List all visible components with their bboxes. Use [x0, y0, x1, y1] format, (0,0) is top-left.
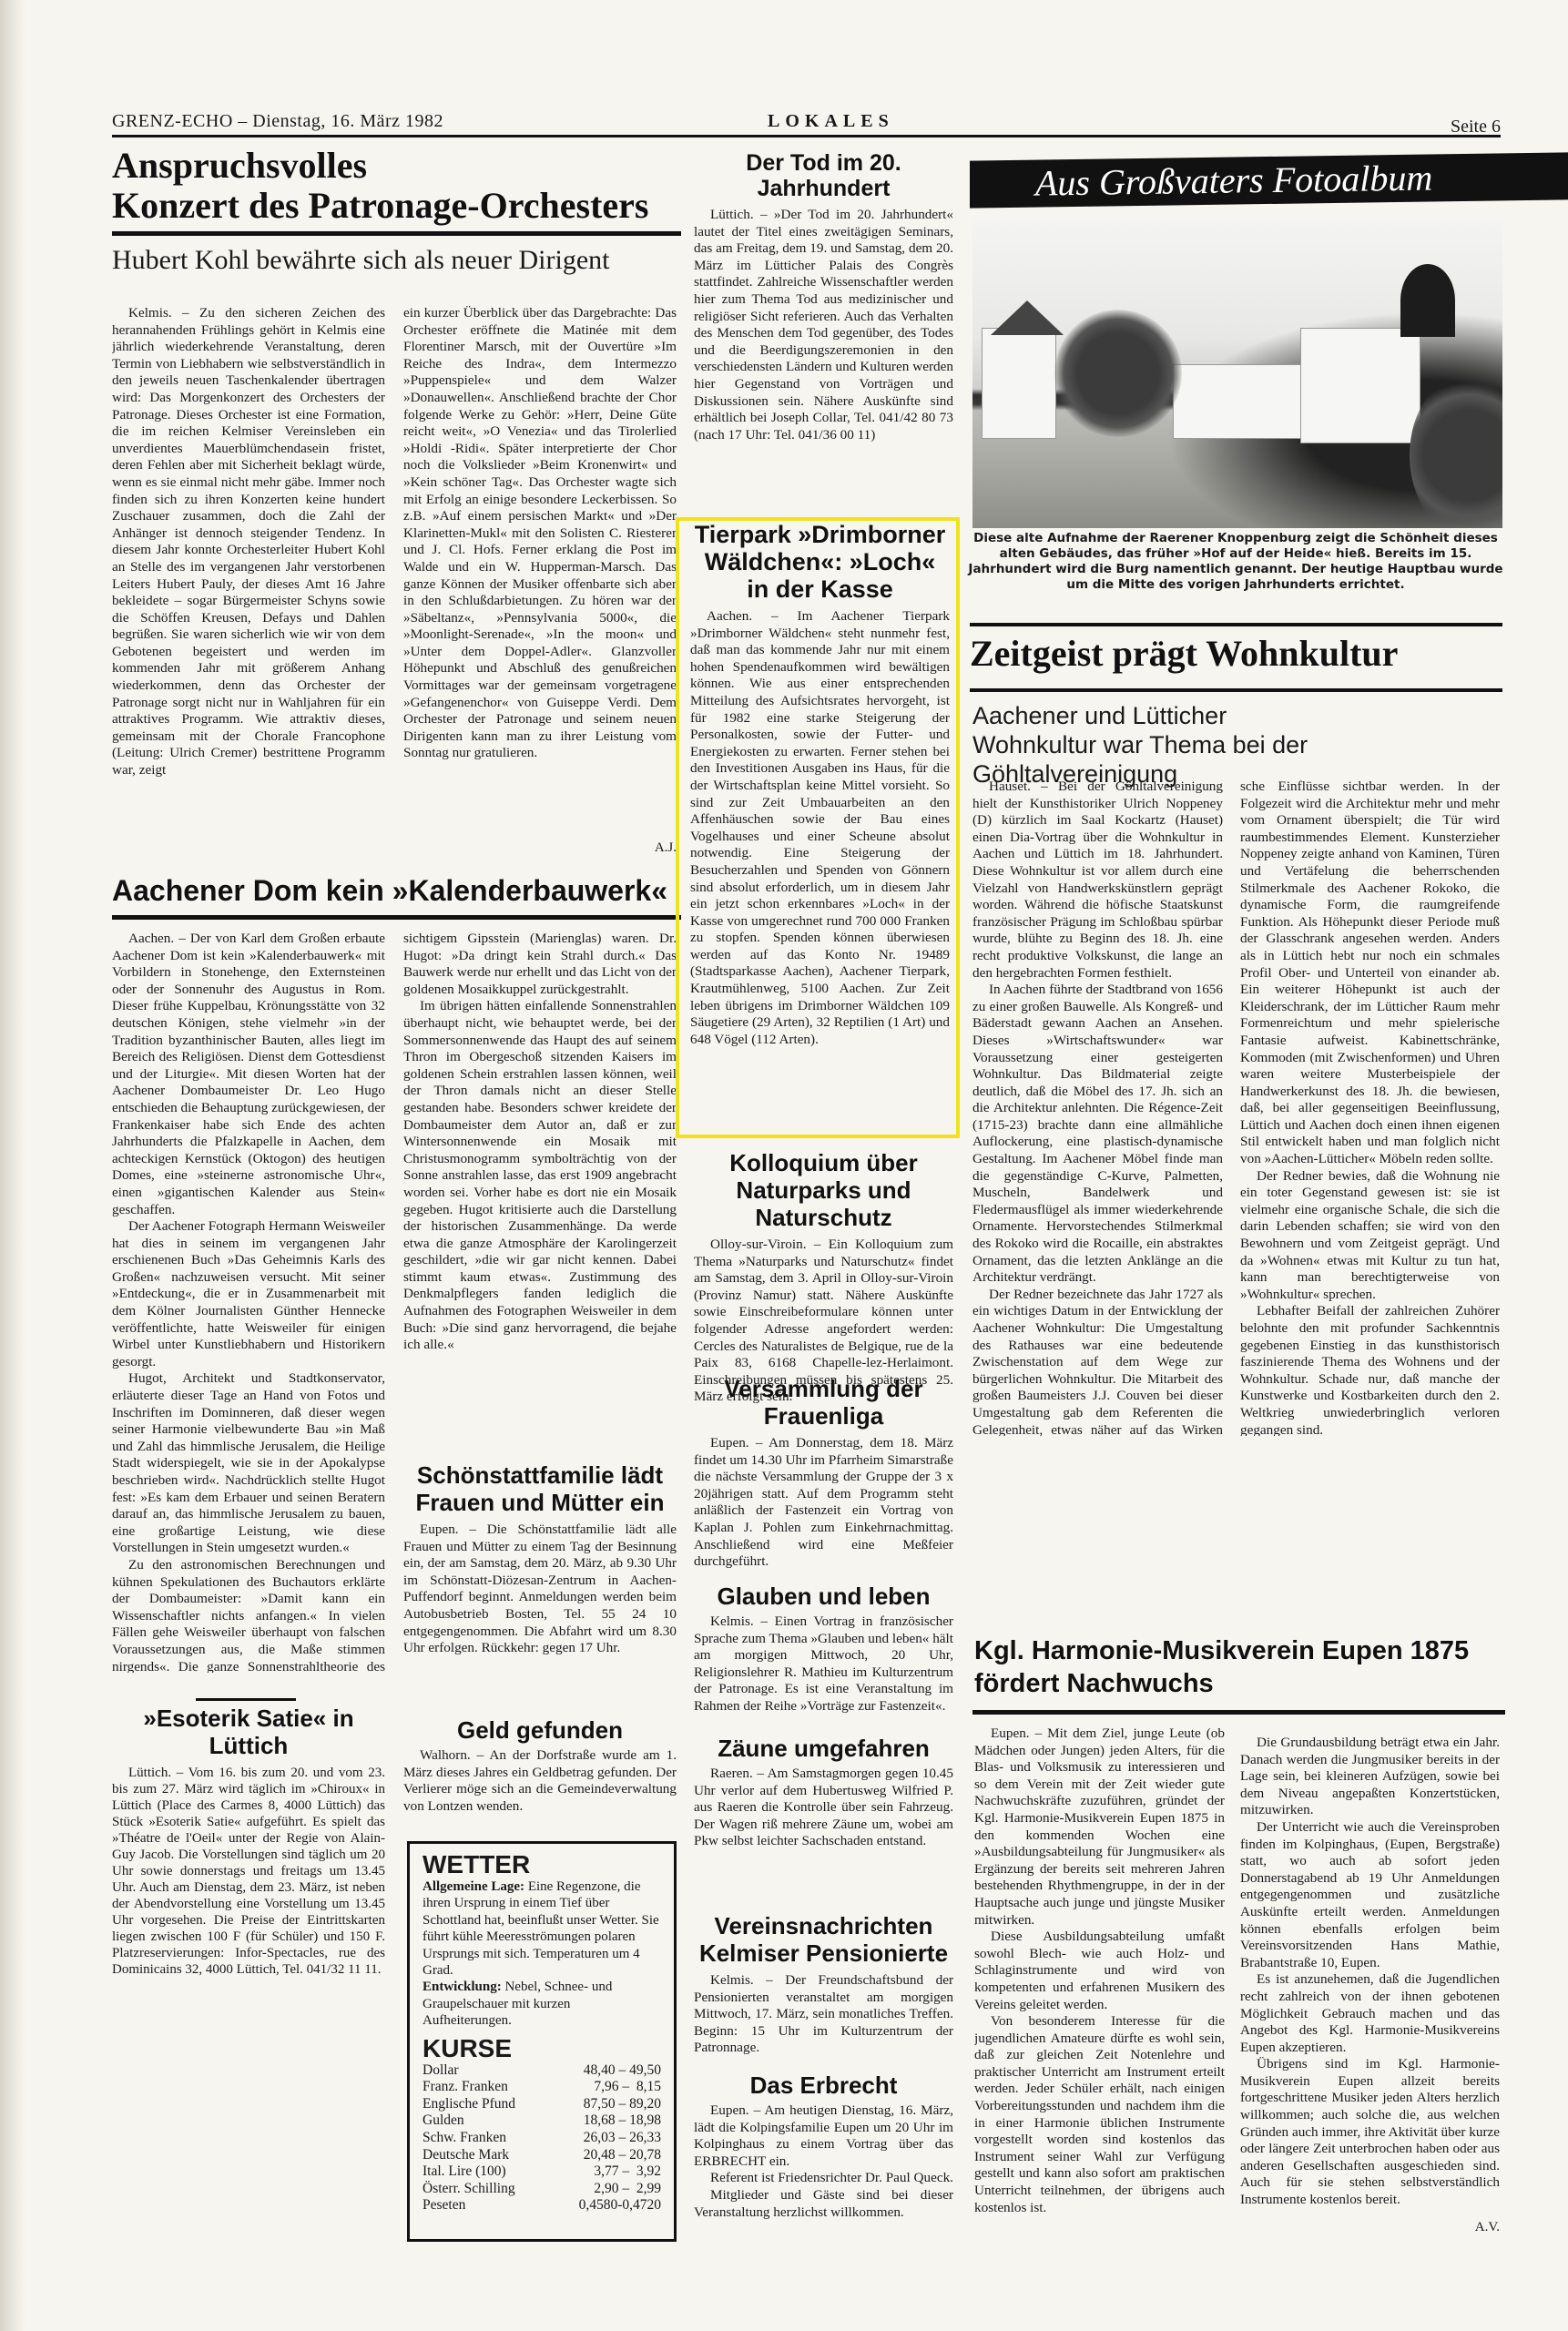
article-kolloquium: Kolloquium über Naturparks und Naturschu…	[694, 1149, 953, 1406]
currency-rate: 48,40 – 49,50	[524, 2062, 661, 2080]
wohnkultur-rule	[970, 688, 1502, 692]
harmonie-rule	[972, 1710, 1505, 1715]
currency-rate: 18,68 – 18,98	[524, 2112, 661, 2130]
exchange-rate-row: Österr. Schilling2,90 – 2,99	[423, 2181, 661, 2198]
exchange-rate-row: Gulden18,68 – 18,98	[423, 2112, 661, 2130]
article-geld: Geld gefunden Walhorn. – An der Dorfstra…	[403, 1716, 677, 1815]
separator	[196, 1698, 296, 1701]
photo-feature-banner: Aus Großvaters Fotoalbum	[970, 152, 1568, 208]
currency-name: Österr. Schilling	[423, 2181, 524, 2198]
weather-rates-box: WETTER Allgemeine Lage: Eine Regenzone, …	[407, 1841, 677, 2242]
exchange-rate-row: Schw. Franken26,03 – 26,33	[423, 2130, 661, 2147]
wohnkultur-top-rule	[970, 623, 1502, 626]
headline-harmonie: Kgl. Harmonie-Musikverein Eupen 1875 för…	[974, 1634, 1512, 1700]
subheadline-wohnkultur: Aachener und Lütticher Wohnkultur war Th…	[972, 701, 1505, 789]
subheadline: Hubert Kohl bewährte sich als neuer Diri…	[112, 245, 681, 276]
exchange-rate-row: Peseten0,4580-0,4720	[423, 2197, 661, 2214]
article-pensionierte: Vereinsnachrichten Kelmiser Pensionierte…	[694, 1912, 953, 2057]
headline-glauben: Glauben und leben	[694, 1583, 953, 1610]
masthead-rule	[112, 135, 1501, 137]
harmonie-col2: Die Grundausbildung beträgt etwa ein Jah…	[1240, 1735, 1500, 2217]
knoppenburg-photo	[972, 219, 1502, 528]
headline-kolloquium: Kolloquium über Naturparks und Naturschu…	[694, 1149, 953, 1231]
dom-col1: Aachen. – Der von Karl dem Großen erbaut…	[112, 931, 385, 1673]
currency-name: Englische Pfund	[423, 2096, 524, 2113]
section-title: LOKALES	[768, 111, 894, 132]
currency-name: Peseten	[423, 2197, 524, 2214]
headline-tod: Der Tod im 20. Jahrhundert	[694, 150, 953, 201]
article-tierpark: Tierpark »Drimborner Wäldchen«: »Loch« i…	[690, 521, 950, 1048]
headline: Anspruchsvolles	[112, 146, 681, 186]
headline-dom: Aachener Dom kein »Kalenderbauwerk«	[112, 874, 681, 908]
photo-caption: Diese alte Aufnahme der Raerener Knoppen…	[967, 531, 1504, 593]
headline-erbrecht: Das Erbrecht	[694, 2071, 953, 2099]
currency-rate: 0,4580-0,4720	[524, 2197, 661, 2214]
rates-title: KURSE	[423, 2035, 661, 2062]
headline-frauenliga: Versammlung der Frauenliga	[694, 1375, 953, 1430]
headline-rule	[112, 231, 681, 236]
wohnkultur-col1: Hauset. – Bei der Göhltalvereinigung hie…	[972, 779, 1223, 1436]
headline-tierpark: Tierpark »Drimborner Wäldchen«: »Loch« i…	[690, 521, 950, 603]
currency-name: Dollar	[423, 2062, 524, 2080]
exchange-rate-row: Englische Pfund87,50 – 89,20	[423, 2096, 661, 2113]
exchange-rate-row: Franz. Franken7,96 – 8,15	[423, 2079, 661, 2096]
currency-rate: 87,50 – 89,20	[524, 2096, 661, 2113]
dom-col2: sichtigem Gipsstein (Marienglas) waren. …	[403, 931, 677, 1395]
paper-date: GRENZ-ECHO – Dienstag, 16. März 1982	[112, 111, 443, 132]
article-satie: »Esoterik Satie« in Lüttich Lüttich. – V…	[112, 1705, 385, 1978]
harmonie-col1: Eupen. – Mit dem Ziel, junge Leute (ob M…	[974, 1725, 1225, 2235]
currency-name: Ital. Lire (100)	[423, 2163, 524, 2181]
headline-geld: Geld gefunden	[403, 1716, 677, 1744]
currency-name: Deutsche Mark	[423, 2147, 524, 2164]
headline-pensionierte: Vereinsnachrichten Kelmiser Pensionierte	[694, 1912, 953, 1967]
exchange-rate-row: Dollar48,40 – 49,50	[423, 2062, 661, 2080]
currency-rate: 2,90 – 2,99	[524, 2181, 661, 2198]
article-glauben: Glauben und leben Kelmis. – Einen Vortra…	[694, 1583, 953, 1715]
currency-rate: 26,03 – 26,33	[524, 2130, 661, 2147]
currency-name: Franz. Franken	[423, 2079, 524, 2096]
currency-name: Gulden	[423, 2112, 524, 2130]
wohnkultur-col2: sche Einflüsse sichtbar werden. In der F…	[1240, 779, 1500, 1436]
harmonie-byline: A.V.	[1240, 2220, 1500, 2235]
exchange-rate-row: Ital. Lire (100)3,77 – 3,92	[423, 2163, 661, 2181]
currency-name: Schw. Franken	[423, 2130, 524, 2147]
article-konzert: Anspruchsvolles Konzert des Patronage-Or…	[112, 146, 681, 276]
masthead: GRENZ-ECHO – Dienstag, 16. März 1982 LOK…	[112, 107, 1501, 144]
currency-rate: 3,77 – 3,92	[524, 2163, 661, 2181]
page-binding-edge	[0, 0, 25, 2331]
headline-wohnkultur: Zeitgeist prägt Wohnkultur	[970, 634, 1502, 674]
konzert-col1: Kelmis. – Zu den sicheren Zeichen des he…	[112, 305, 385, 833]
dom-rule	[112, 915, 681, 920]
headline-zaeune: Zäune umgefahren	[694, 1735, 953, 1762]
article-schoenstatt: Schönstattfamilie lädt Frauen und Mütter…	[403, 1461, 677, 1657]
headline-satie: »Esoterik Satie« in Lüttich	[112, 1705, 385, 1759]
konzert-col2: ein kurzer Überblick über das Dargebrach…	[403, 305, 677, 833]
article-frauenliga: Versammlung der Frauenliga Eupen. – Am D…	[694, 1375, 953, 1571]
headline-schoenstatt: Schönstattfamilie lädt Frauen und Mütter…	[403, 1461, 677, 1516]
exchange-rates-table: Dollar48,40 – 49,50Franz. Franken7,96 – …	[423, 2062, 661, 2214]
exchange-rate-row: Deutsche Mark20,48 – 20,78	[423, 2147, 661, 2164]
konzert-byline: A.J.	[403, 840, 677, 856]
article-zaeune: Zäune umgefahren Raeren. – Am Samstagmor…	[694, 1735, 953, 1850]
headline-line2: Konzert des Patronage-Orchesters	[112, 186, 681, 226]
weather-title: WETTER	[423, 1851, 661, 1878]
currency-rate: 20,48 – 20,78	[524, 2147, 661, 2164]
currency-rate: 7,96 – 8,15	[524, 2079, 661, 2096]
article-tod: Der Tod im 20. Jahrhundert Lüttich. – »D…	[694, 150, 953, 443]
article-erbrecht: Das Erbrecht Eupen. – Am heutigen Dienst…	[694, 2071, 953, 2221]
